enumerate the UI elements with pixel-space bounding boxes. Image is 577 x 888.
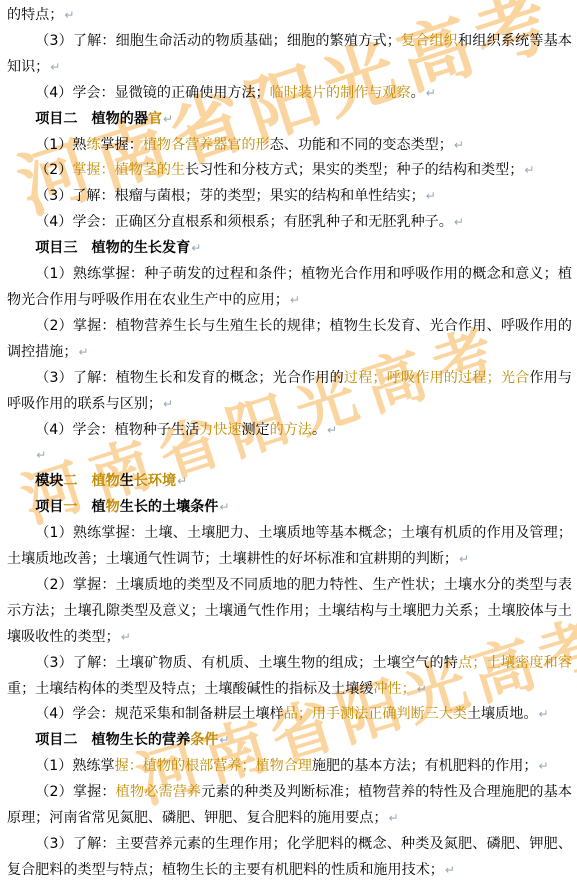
body-paragraph: 的特点；↵ bbox=[7, 3, 572, 29]
body-paragraph: （3）了解：根瘤与菌根；芽的类型；果实的结构和单性结实；↵ bbox=[7, 184, 572, 210]
text-run: （3）了解：植物生长和发育的概念；光合作用的 bbox=[35, 370, 344, 386]
body-paragraph: （3）了解：细胞生命活动的物质基础；细胞的繁殖方式；复合组织和组织系统等基本知识… bbox=[7, 29, 572, 81]
paragraph-mark: ↵ bbox=[537, 707, 548, 721]
text-run: 测定 bbox=[241, 422, 269, 438]
highlighted-text-run: 官 bbox=[148, 111, 162, 127]
body-paragraph: （3）了解：植物生长和发育的概念；光合作用的过程；呼吸作用的过程；光合作用与呼吸… bbox=[7, 366, 572, 418]
body-paragraph: （2）掌握：植物营养生长与生殖生长的规律；植物生长发育、光合作用、呼吸作用的调控… bbox=[7, 314, 572, 366]
body-paragraph: （1）熟练掌握：植物各营养器官的形态、功能和不同的变态类型；↵ bbox=[7, 133, 572, 159]
text-run: 项目 bbox=[35, 499, 63, 515]
paragraph-mark: ↵ bbox=[388, 811, 399, 825]
highlighted-text-run: 掌握：植物茎的生 bbox=[72, 162, 185, 178]
highlighted-text-run: 植物各营养器官的形 bbox=[143, 137, 270, 153]
text-run: （3）了解：主要营养元素的生理作用；化学肥料的概念、种类及氮肥、磷肥、钾肥、复合… bbox=[7, 836, 572, 878]
text-run: 长习性和分枝方式；果实的类型；种子的结构和类型； bbox=[185, 162, 523, 178]
heading-paragraph: 项目一 植物生长的土壤条件↵ bbox=[7, 495, 572, 521]
body-paragraph: （4）学会：正确区分直根系和须根系；有胚乳种子和无胚乳种子。↵ bbox=[7, 210, 572, 236]
paragraph-mark: ↵ bbox=[453, 138, 464, 152]
text-run: （1）熟练掌 bbox=[35, 758, 114, 774]
paragraph-mark: ↵ bbox=[537, 759, 548, 773]
body-paragraph: （4）学会：显微镜的正确使用方法；临时装片的制作与观察。↵ bbox=[7, 81, 572, 107]
paragraph-mark: ↵ bbox=[523, 163, 534, 177]
paragraph-mark: ↵ bbox=[35, 448, 46, 462]
paragraph-mark: ↵ bbox=[444, 863, 455, 877]
highlighted-text-run: 物 bbox=[106, 499, 120, 515]
text-run: （4）学会：规范采集和制备耕层土壤样 bbox=[35, 706, 284, 722]
highlighted-text-run: 点；土壤密度和容 bbox=[458, 655, 572, 671]
document-page: 河南省阳光高考 河南省阳光高考 河南省阳光高考 的特点；↵（3）了解：细胞生命活… bbox=[0, 0, 577, 888]
text-run: （2） bbox=[35, 162, 72, 178]
paragraph-mark: ↵ bbox=[218, 733, 229, 747]
paragraph-mark: ↵ bbox=[176, 474, 187, 488]
body-paragraph: （4）学会：植物种子生活力快速测定的方法。↵ bbox=[7, 418, 572, 444]
paragraph-mark: ↵ bbox=[162, 397, 173, 411]
text-run: 态、功能和不同的变态类型； bbox=[270, 137, 453, 153]
text-run: （2）掌握：植物营养生长与生殖生长的规律；植物生长发育、光合作用、呼吸作用的调控… bbox=[7, 318, 572, 360]
text-run: 生 bbox=[120, 473, 134, 489]
highlighted-text-run: 品；用手测法正确判断三大类 bbox=[284, 706, 467, 722]
paragraph-mark: ↵ bbox=[162, 112, 173, 126]
text-run: （1）熟练掌握：土壤、土壤肥力、土壤质地等基本概念；土壤有机质的作用及管理；土壤… bbox=[7, 525, 572, 567]
body-paragraph: （1）熟练掌握：植物的根部营养；植物合理施肥的基本方法；有机肥料的作用；↵ bbox=[7, 754, 572, 780]
text-run: 土壤质地。 bbox=[467, 706, 537, 722]
heading-paragraph: 项目三 植物的生长发育↵ bbox=[7, 236, 572, 262]
highlighted-text-run: 植物 bbox=[92, 473, 120, 489]
text-run: 掌握： bbox=[101, 137, 143, 153]
highlighted-text-run: 二 bbox=[63, 473, 77, 489]
paragraph-mark: ↵ bbox=[49, 60, 60, 74]
paragraph-mark: ↵ bbox=[190, 241, 201, 255]
text-run: （3）了解：根瘤与菌根；芽的类型；果实的结构和单性结实； bbox=[35, 188, 425, 204]
paragraph-mark: ↵ bbox=[416, 682, 427, 696]
paragraph-mark: ↵ bbox=[120, 630, 131, 644]
highlighted-text-run: 临时装片的制作与观察 bbox=[270, 85, 411, 101]
text-run bbox=[77, 473, 91, 489]
highlighted-text-run: 握：植物的根部营养；植物合理 bbox=[115, 758, 312, 774]
paragraph-mark: ↵ bbox=[326, 423, 337, 437]
paragraph-mark: ↵ bbox=[425, 189, 436, 203]
text-run: 。 bbox=[411, 85, 425, 101]
highlighted-text-run: 一 bbox=[63, 499, 77, 515]
body-paragraph: （1）熟练掌握：种子萌发的过程和条件；植物光合作用和呼吸作用的概念和意义；植物光… bbox=[7, 262, 572, 314]
body-paragraph: （3）了解：主要营养元素的生理作用；化学肥料的概念、种类及氮肥、磷肥、钾肥、复合… bbox=[7, 832, 572, 884]
text-run: （3）了解：细胞生命活动的物质基础；细胞的繁殖方式； bbox=[35, 33, 401, 49]
paragraph-mark: ↵ bbox=[63, 8, 74, 22]
highlighted-text-run: 冲性； bbox=[373, 681, 415, 697]
body-paragraph: ↵ bbox=[7, 443, 572, 469]
paragraph-mark: ↵ bbox=[425, 86, 436, 100]
text-run: 。 bbox=[312, 422, 326, 438]
text-run: 重；土壤结构体的类型及特点；土壤酸碱性的指标及土壤缓 bbox=[7, 681, 373, 697]
paragraph-mark: ↵ bbox=[218, 500, 229, 514]
text-run: （4）学会：显微镜的正确使用方法； bbox=[35, 85, 269, 101]
heading-paragraph: 模块二 植物生长环境↵ bbox=[7, 469, 572, 495]
highlighted-text-run: 力快速 bbox=[199, 422, 241, 438]
text-run: （2）掌握： bbox=[35, 784, 115, 800]
text-run: （1）熟 bbox=[35, 137, 86, 153]
text-run: 生长的土壤条件 bbox=[120, 499, 219, 515]
text-run: （3）了解：土壤矿物质、有机质、土壤生物的组成；土壤空气的特 bbox=[35, 655, 458, 671]
highlighted-text-run: 的方法 bbox=[270, 422, 312, 438]
text-run: 的特点； bbox=[7, 7, 63, 23]
body-paragraph: （2）掌握：土壤质地的类型及不同质地的肥力特性、生产性状；土壤水分的类型与表示方… bbox=[7, 573, 572, 651]
highlighted-text-run: 过程；呼吸作用的过程；光合 bbox=[344, 370, 529, 386]
document-body: 的特点；↵（3）了解：细胞生命活动的物质基础；细胞的繁殖方式；复合组织和组织系统… bbox=[0, 0, 577, 884]
body-paragraph: （1）熟练掌握：土壤、土壤肥力、土壤质地等基本概念；土壤有机质的作用及管理；土壤… bbox=[7, 521, 572, 573]
text-run: （4）学会：植物种子生活 bbox=[35, 422, 199, 438]
text-run: 项目二 植物生长的营养 bbox=[35, 732, 190, 748]
highlighted-text-run: 长环境 bbox=[134, 473, 176, 489]
text-run: 植 bbox=[77, 499, 105, 515]
body-paragraph: （2）掌握：植物必需营养元素的种类及判断标准；植物营养的特性及合理施肥的基本原理… bbox=[7, 780, 572, 832]
paragraph-mark: ↵ bbox=[458, 552, 469, 566]
text-run: 项目三 植物的生长发育 bbox=[35, 240, 190, 256]
text-run: 项目二 植物的器 bbox=[35, 111, 148, 127]
text-run: （2）掌握：土壤质地的类型及不同质地的肥力特性、生产性状；土壤水分的类型与表示方… bbox=[7, 577, 572, 645]
text-run: 模块 bbox=[35, 473, 63, 489]
highlighted-text-run: 条件 bbox=[190, 732, 218, 748]
paragraph-mark: ↵ bbox=[77, 345, 88, 359]
text-run: （4）学会：正确区分直根系和须根系；有胚乳种子和无胚乳种子。 bbox=[35, 214, 453, 230]
heading-paragraph: 项目二 植物的器官↵ bbox=[7, 107, 572, 133]
text-run: 施肥的基本方法；有机肥料的作用； bbox=[312, 758, 538, 774]
paragraph-mark: ↵ bbox=[453, 215, 464, 229]
highlighted-text-run: 植物必需营养 bbox=[116, 784, 202, 800]
body-paragraph: （2）掌握：植物茎的生长习性和分枝方式；果实的类型；种子的结构和类型；↵ bbox=[7, 158, 572, 184]
body-paragraph: （4）学会：规范采集和制备耕层土壤样品；用手测法正确判断三大类土壤质地。↵ bbox=[7, 702, 572, 728]
heading-paragraph: 项目二 植物生长的营养条件↵ bbox=[7, 728, 572, 754]
highlighted-text-run: 复合组织 bbox=[401, 33, 458, 49]
highlighted-text-run: 练 bbox=[86, 137, 100, 153]
paragraph-mark: ↵ bbox=[289, 293, 300, 307]
body-paragraph: （3）了解：土壤矿物质、有机质、土壤生物的组成；土壤空气的特点；土壤密度和容重；… bbox=[7, 651, 572, 703]
